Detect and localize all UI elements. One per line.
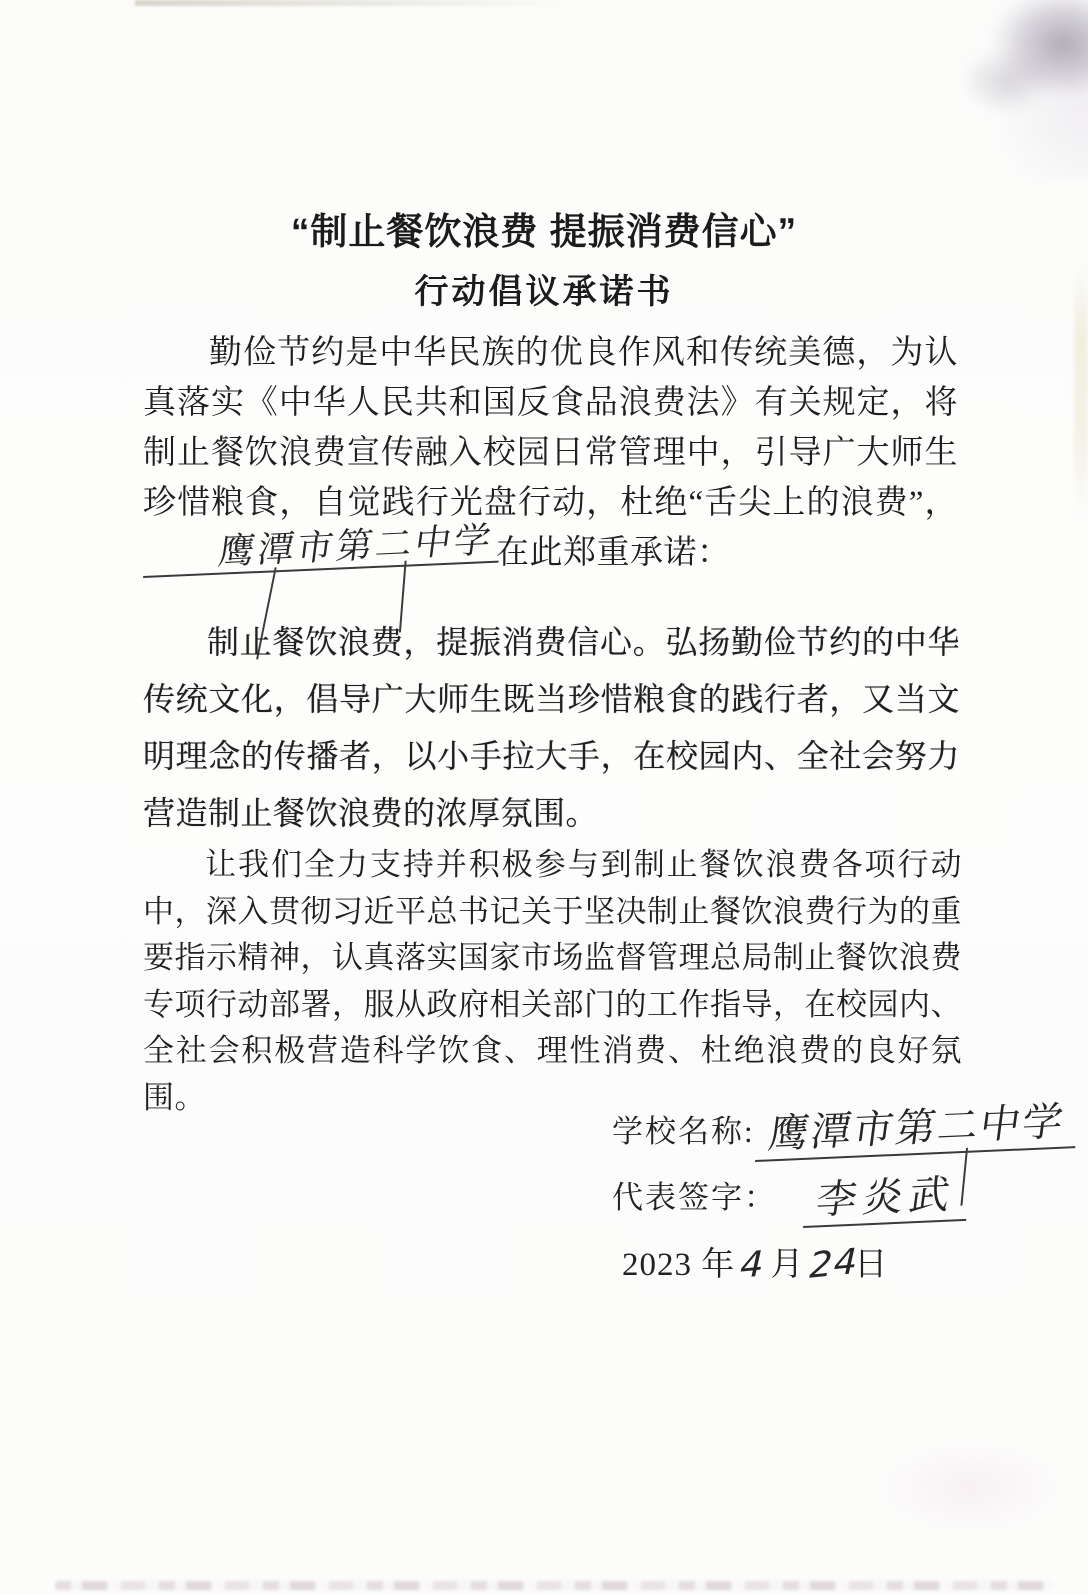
handwritten-school-name: 鹰潭市第二中学: [755, 1099, 1082, 1162]
representative-signature-row: 代表签字：李炎武: [612, 1172, 965, 1228]
date-year-printed: 2023 年: [622, 1247, 735, 1283]
paragraph-opening: 勤俭节约是中华民族的优良作风和传统美德，为认真落实《中华人民共和国反食品浪费法》…: [143, 328, 958, 578]
school-name-row: 学校名称:鹰潭市第二中学: [612, 1106, 1073, 1162]
date-month-char-printed: 月: [770, 1247, 804, 1283]
paragraph-opening-text-after: 在此郑重承诺：: [496, 535, 731, 571]
scan-smudge-top-right: [912, 0, 1088, 180]
document-title-line1: “制止餐饮浪费 提振消费信心”: [0, 201, 1088, 255]
handwritten-representative-signature: 李炎武: [803, 1172, 973, 1228]
handwritten-day-digit: 24: [805, 1244, 862, 1285]
date-row: 2023 年4 月24日: [622, 1238, 888, 1285]
scanned-document-page: “制止餐饮浪费 提振消费信心” 行动倡议承诺书 勤俭节约是中华民族的优良作风和传…: [0, 0, 1088, 1594]
handwritten-school-name-inline: 鹰潭市第二中学: [143, 523, 504, 578]
scan-mist-bottom-right: [828, 1424, 1088, 1564]
scan-artifact-top-edge: [135, 0, 565, 6]
paragraph-opening-text-before: 勤俭节约是中华民族的优良作风和传统美德，为认真落实《中华人民共和国反食品浪费法》…: [143, 335, 958, 521]
school-name-label: 学校名称:: [612, 1114, 755, 1149]
document-title-line2: 行动倡议承诺书: [0, 264, 1088, 313]
scan-cutoff-text-bottom-edge: [55, 1581, 1053, 1590]
paragraph-commitment: 制止餐饮浪费，提振消费信心。弘扬勤俭节约的中华传统文化，倡导广大师生既当珍惜粮食…: [143, 614, 960, 842]
paragraph-action: 让我们全力支持并积极参与到制止餐饮浪费各项行动中，深入贯彻习近平总书记关于坚决制…: [143, 842, 962, 1121]
handwritten-month-digit: 4: [736, 1247, 768, 1285]
representative-signature-label: 代表签字：: [612, 1180, 777, 1215]
